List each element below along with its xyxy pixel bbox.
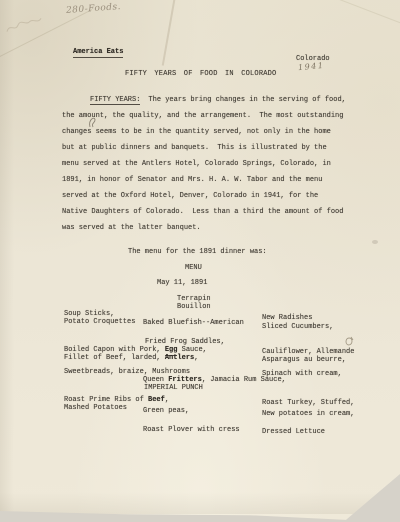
boiled-capon-text: Boiled Capon with Pork, xyxy=(64,346,165,354)
roast-ribs-comma: , xyxy=(165,396,169,404)
fillet-comma: , xyxy=(194,354,198,362)
proofreader-mark-allemande xyxy=(343,336,355,347)
paragraph-line-text: The years bring changes in the serving o… xyxy=(148,96,345,104)
menu-item-queen-fritters: Queen Fritters, Jamacia Rum Sauce, xyxy=(143,376,286,384)
handwritten-year: 1941 xyxy=(298,61,325,72)
menu-item-fried-frog-saddles: Fried Frog Saddles, xyxy=(145,338,225,346)
menu-item-sliced-cucumbers: Sliced Cucumbers, xyxy=(262,323,333,331)
roast-ribs-text: Roast Prime Ribs of xyxy=(64,396,148,404)
menu-item-baked-bluefish: Baked Bluefish--American xyxy=(143,319,244,327)
menu-item-bouillon: Bouillon xyxy=(177,303,211,311)
project-title-text: America Eats xyxy=(73,48,123,58)
menu-date: May 11, 1891 xyxy=(157,279,207,287)
menu-heading: MENU xyxy=(185,264,202,272)
paragraph-line: but at public dinners and banquets. This… xyxy=(62,144,327,152)
roast-ribs-beef: Beef xyxy=(148,396,165,404)
scan-edge-shadow xyxy=(0,0,14,522)
paragraph-line: menu served at the Antlers Hotel, Colora… xyxy=(62,160,331,168)
paper-bottom-shading xyxy=(0,492,400,514)
queen-sauce: , Jamacia Rum Sauce, xyxy=(202,376,286,384)
paragraph-line: was served at the latter banquet. xyxy=(62,224,201,232)
paragraph-line: served at the Oxford Hotel, Denver, Colo… xyxy=(62,192,318,200)
document-page: 280-Foods. America Eats Colorado 1941 FI… xyxy=(0,0,400,522)
menu-item-imperial-punch: IMPERIAL PUNCH xyxy=(144,384,203,392)
menu-intro: The menu for the 1891 dinner was: xyxy=(128,248,267,256)
paragraph-line: changes seems to be in the quantity serv… xyxy=(62,128,331,136)
paper-crease xyxy=(302,0,400,32)
queen-text: Queen xyxy=(143,376,168,384)
menu-item-roast-turkey: Roast Turkey, Stuffed, xyxy=(262,399,354,407)
menu-item-roast-plover: Roast Plover with cress xyxy=(143,426,240,434)
paper-stain xyxy=(372,240,378,244)
menu-item-asparagus: Asparagus au beurre, xyxy=(262,356,346,364)
menu-item-sweetbreads: Sweetbreads, braize, Mushrooms xyxy=(64,368,190,376)
menu-item-new-radishes: New Radishes xyxy=(262,314,312,322)
page-title: FIFTY YEARS OF FOOD IN COLORADO xyxy=(125,70,276,78)
menu-item-roast-prime-ribs: Roast Prime Ribs of Beef, xyxy=(64,396,169,404)
paragraph-line: the amount, the quality, and the arrange… xyxy=(62,112,343,120)
menu-item-boiled-capon: Boiled Capon with Pork, Egg Sauce, xyxy=(64,346,207,354)
menu-item-cauliflower: Cauliflower, Allemande xyxy=(262,348,354,356)
fillet-antlers: Antlers xyxy=(165,354,194,362)
paragraph-lead: FIFTY YEARS: xyxy=(90,96,140,105)
boiled-capon-sauce: Sauce, xyxy=(177,346,206,354)
margin-scribble xyxy=(3,14,45,36)
menu-item-mashed-potatoes: Mashed Potatoes xyxy=(64,404,127,412)
menu-item-terrapin: Terrapin xyxy=(177,295,211,303)
paragraph-line: FIFTY YEARS:The years bring changes in t… xyxy=(90,96,346,105)
menu-item-potato-croquettes: Potato Croquettes xyxy=(64,318,135,326)
menu-item-green-peas: Green peas, xyxy=(143,407,189,415)
handwritten-top-note: 280-Foods. xyxy=(66,2,122,16)
project-title: America Eats xyxy=(73,48,123,56)
paragraph-line: 1891, in honor of Senator and Mrs. H. A.… xyxy=(62,176,322,184)
menu-item-new-potatoes: New potatoes in cream, xyxy=(262,410,354,418)
menu-item-fillet-of-beef: Fillet of Beef, larded, Antlers, xyxy=(64,354,198,362)
paragraph-line: Native Daughters of Colorado. Less than … xyxy=(62,208,343,216)
fillet-text: Fillet of Beef, larded, xyxy=(64,354,165,362)
menu-item-dressed-lettuce: Dressed Lettuce xyxy=(262,428,325,436)
paper-crease xyxy=(162,0,176,66)
menu-item-soup-sticks: Soup Sticks, xyxy=(64,310,114,318)
queen-fritters-bold: Fritters xyxy=(168,376,202,384)
